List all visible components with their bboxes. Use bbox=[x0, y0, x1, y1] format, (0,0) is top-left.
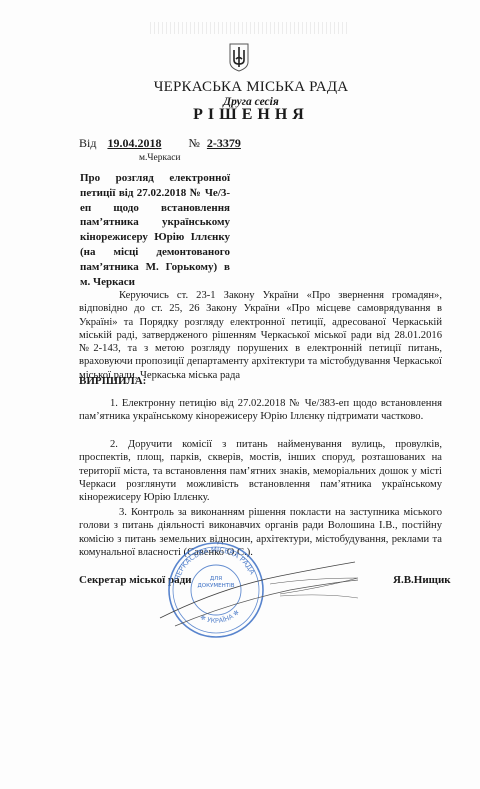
signatory-name: Я.В.Нищик bbox=[393, 574, 451, 586]
handwritten-signature bbox=[130, 548, 360, 638]
date-label: Від bbox=[79, 136, 96, 150]
scan-artifact bbox=[150, 22, 350, 34]
decision-meta: Від 19.04.2018 № 2-3379 bbox=[79, 136, 241, 151]
council-name: ЧЕРКАСЬКА МІСЬКА РАДА bbox=[0, 79, 480, 96]
decision-subject: Про розгляд електронної петиції від 27.0… bbox=[80, 171, 230, 289]
city-label: м.Черкаси bbox=[139, 153, 181, 163]
preamble-paragraph: Керуючись ст. 23-1 Закону України «Про з… bbox=[79, 289, 442, 382]
document-page: ЧЕРКАСЬКА МІСЬКА РАДА Друга сесія РІШЕНН… bbox=[0, 0, 480, 789]
document-title: РІШЕННЯ bbox=[0, 106, 480, 124]
decision-item-1: 1. Електронну петицію від 27.02.2018 № Ч… bbox=[79, 397, 442, 424]
tryzub-icon bbox=[228, 42, 250, 72]
number-label: № bbox=[188, 136, 199, 150]
decision-date: 19.04.2018 bbox=[107, 136, 161, 150]
decision-item-2: 2. Доручити комісії з питань найменуванн… bbox=[79, 438, 442, 504]
decision-number: 2-3379 bbox=[207, 136, 241, 150]
decided-label: ВИРІШИЛА: bbox=[79, 375, 146, 387]
